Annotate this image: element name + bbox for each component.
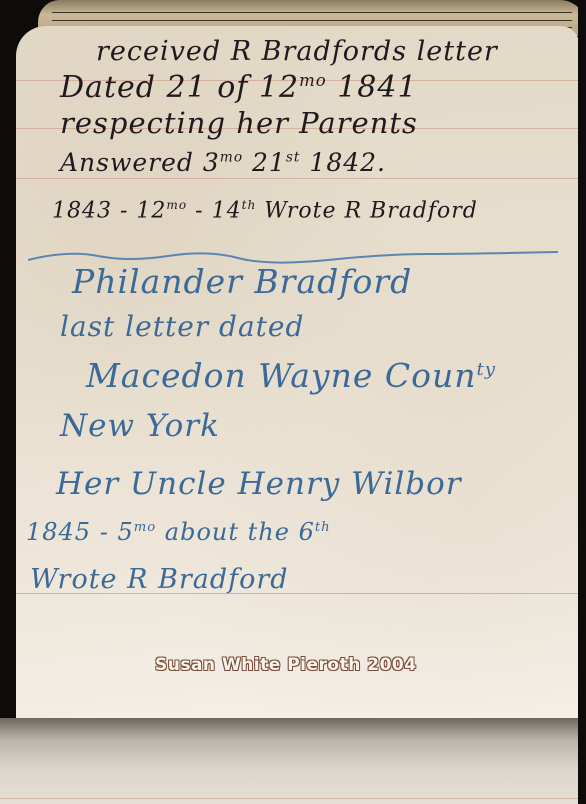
entry-line: New York — [60, 408, 220, 444]
entry-line: Answered 3mo 21st 1842. — [60, 148, 386, 177]
entry-line: Wrote R Bradford — [30, 564, 289, 595]
rule-line — [16, 178, 579, 179]
entry-line: Macedon Wayne County — [86, 356, 496, 395]
entry-line: Her Uncle Henry Wilbor — [56, 466, 462, 502]
rule-line — [0, 798, 578, 799]
entry-line: Philander Bradford — [72, 262, 412, 301]
entry-line: last letter dated — [60, 310, 304, 343]
watermark: Susan White Pieroth 2004 — [155, 655, 417, 675]
entry-line: received R Bradfords letter — [96, 36, 498, 67]
next-page-edge — [0, 718, 578, 804]
entry-line: Dated 21 of 12mo 1841 — [60, 70, 418, 105]
notebook-page: received R Bradfords letter Dated 21 of … — [16, 26, 579, 720]
entry-line: 1843 - 12mo - 14th Wrote R Bradford — [52, 198, 478, 223]
background-shadow — [578, 0, 586, 804]
entry-line: 1845 - 5mo about the 6th — [26, 518, 331, 546]
entry-line: respecting her Parents — [60, 106, 418, 140]
page-edge-line — [52, 12, 572, 13]
page-edge-line — [52, 20, 572, 21]
